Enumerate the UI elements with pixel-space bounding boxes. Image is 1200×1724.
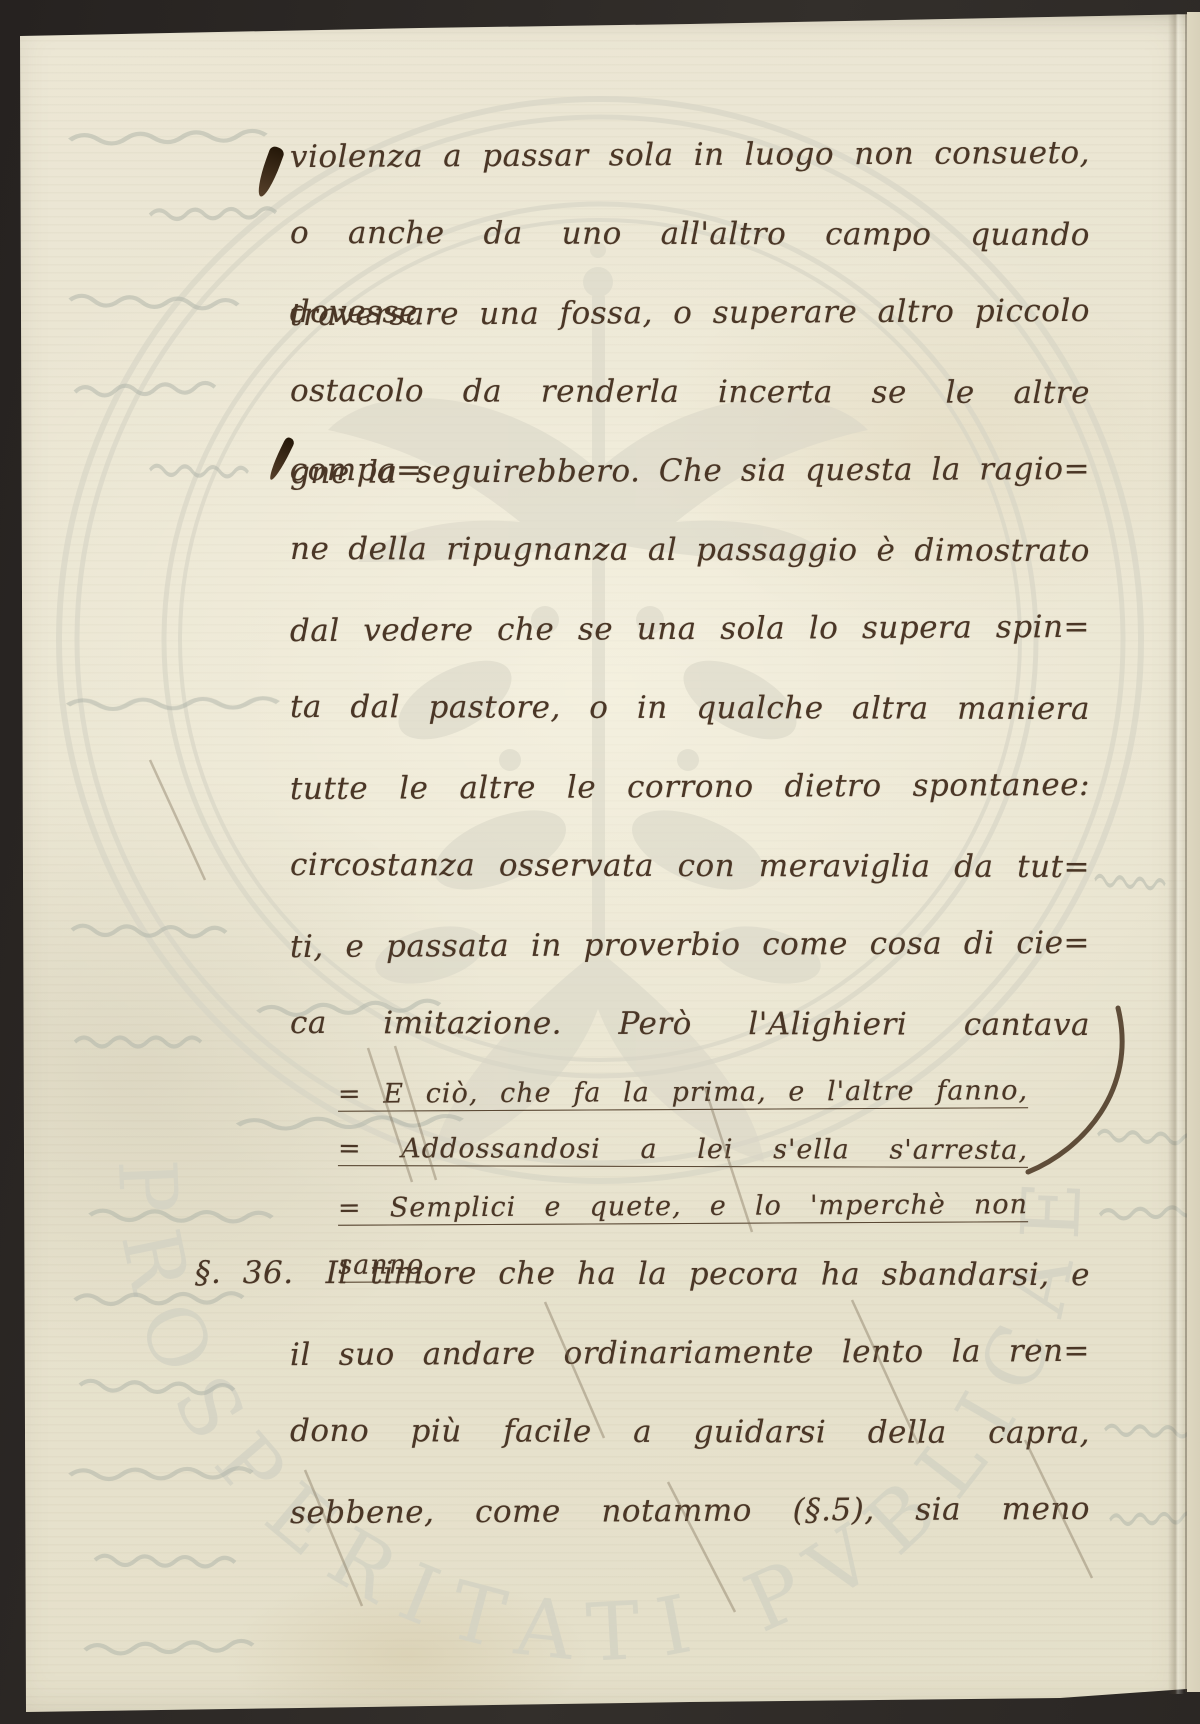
- pencil-strokes: [150, 760, 1092, 1612]
- pen-flourish: [1028, 1008, 1122, 1172]
- stray-strokes: [0, 0, 1200, 1724]
- page-fold-line: [1168, 14, 1184, 1694]
- page-edge-sliver: [1185, 12, 1200, 1692]
- scan-background: PROSPERITATI PVBLICAE: [0, 0, 1200, 1724]
